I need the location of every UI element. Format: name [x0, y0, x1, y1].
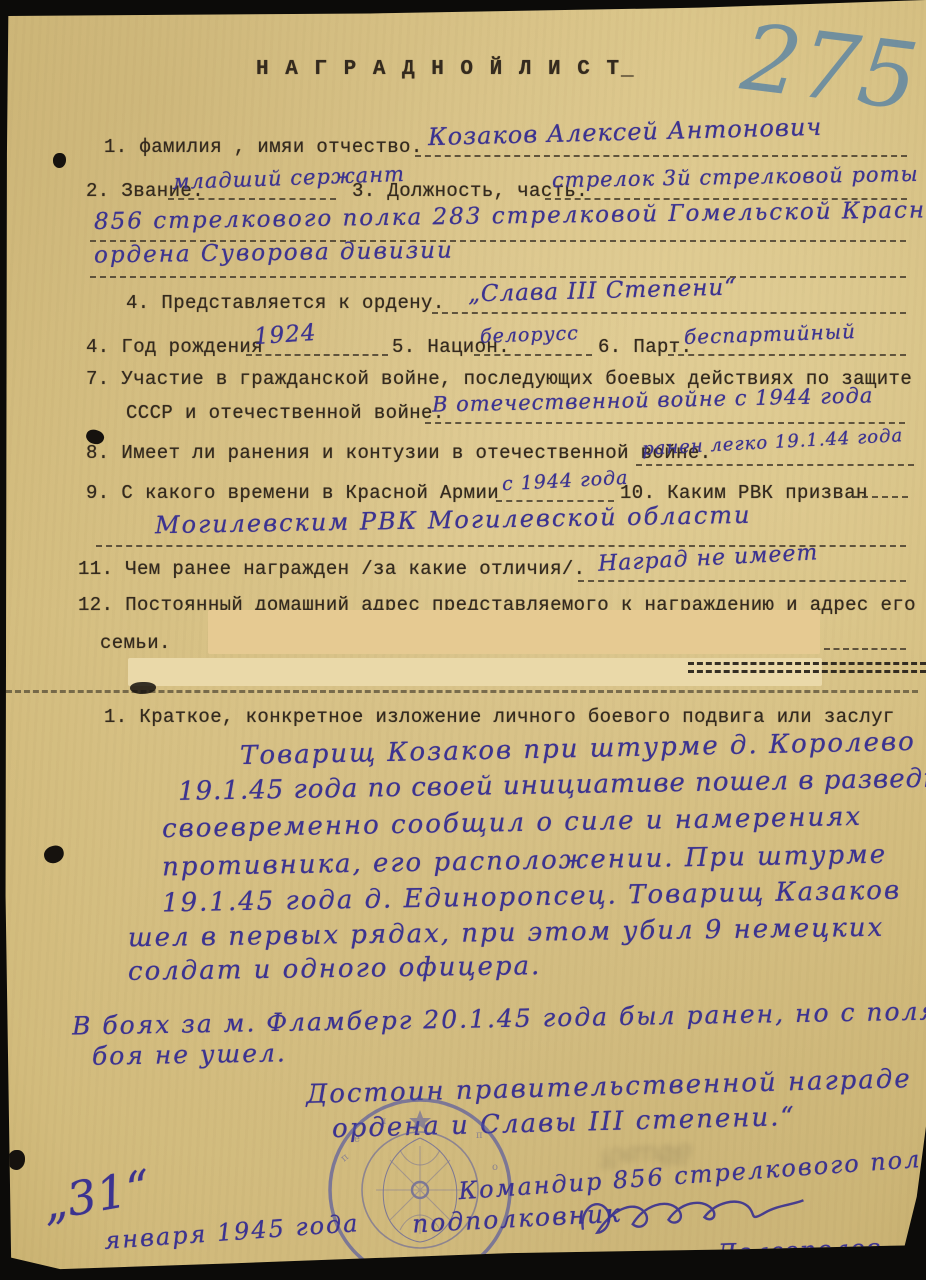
field-nationality-value: белорусс	[480, 322, 580, 347]
field-address-label-2: семьи.	[100, 632, 171, 654]
commander-signature	[578, 1182, 808, 1242]
dashed-underline	[668, 354, 906, 356]
exploit-line: шел в первых рядах, при этом убил 9 неме…	[128, 913, 885, 954]
field-war-label-2: СССР и отечественной войне.	[126, 402, 445, 424]
exploit-heading: 1. Краткое, конкретное изложение личного…	[104, 706, 895, 728]
dashed-underline	[90, 276, 906, 278]
svg-text:л: л	[380, 1116, 386, 1127]
dashed-underline	[824, 648, 906, 650]
ink-blot	[8, 1150, 25, 1170]
exploit-para2-line: В боях за м. Фламберг 20.1.45 года был р…	[72, 996, 926, 1040]
field-birth-year-label: 4. Год рождения	[86, 336, 263, 358]
commander-name: Долгополов	[716, 1233, 883, 1268]
exploit-line: 19.1.45 года д. Единоропсец. Товарищ Каз…	[162, 876, 902, 919]
archive-page-number: 275	[736, 4, 923, 132]
ink-blot	[53, 153, 66, 168]
field-name-value: Козаков Алексей Антонович	[428, 113, 823, 151]
dashed-underline	[425, 422, 905, 424]
field-position-value-1: стрелок 3й стрелковой роты	[552, 162, 919, 192]
dashed-underline	[415, 155, 907, 157]
svg-text:е: е	[354, 1134, 360, 1145]
dashed-underline	[246, 354, 388, 356]
date-day: „31“	[38, 1159, 156, 1231]
svg-text:о: о	[492, 1162, 498, 1173]
field-birth-year-value: 1924	[253, 320, 317, 350]
dashed-underline	[852, 496, 908, 498]
dashed-underline	[432, 312, 906, 314]
ink-blot	[42, 844, 66, 866]
separator-dash	[688, 670, 926, 673]
redaction-box	[208, 610, 820, 654]
field-party-value: беспартийный	[684, 319, 857, 349]
document-title: Н А Г Р А Д Н О Й Л И С Т_	[256, 58, 636, 81]
scanned-award-sheet: Н А Г Р А Д Н О Й Л И С Т_ 275 1. фамили…	[0, 0, 926, 1280]
dashed-underline	[578, 580, 906, 582]
field-drafted-value: Могилевским РВК Могилевской области	[155, 501, 752, 539]
exploit-line: солдат и одного офицера.	[128, 951, 542, 987]
date-rest: января 1945 года	[103, 1209, 360, 1255]
field-order-label: 4. Представляется к ордену.	[126, 292, 445, 314]
svg-text:п: п	[476, 1130, 483, 1141]
field-awards-label: 11. Чем ранее награжден /за какие отличи…	[78, 558, 585, 580]
field-service-label: 9. С какого времени в Красной Армии	[86, 482, 499, 504]
dashed-underline	[474, 354, 592, 356]
exploit-line: своевременно сообщил о силе и намерениях	[162, 802, 863, 844]
separator-dash	[688, 662, 926, 665]
svg-text:п: п	[339, 1151, 351, 1164]
dashed-underline	[496, 500, 614, 502]
field-position-value-3: ордена Суворова дивизии	[94, 237, 454, 268]
paper-sheet: Н А Г Р А Д Н О Й Л И С Т_ 275 1. фамили…	[0, 0, 926, 1280]
dashed-underline	[168, 198, 336, 200]
field-order-value: „Слава III Степени“	[468, 274, 738, 307]
field-service-value: с 1944 года	[502, 467, 629, 496]
dashed-underline	[636, 464, 914, 466]
exploit-line: Товарищ Козаков при штурме д. Королево	[240, 727, 916, 771]
exploit-para2-line: боя не ушел.	[92, 1038, 287, 1070]
field-wounds-value: ранен легко 19.1.44 года	[642, 425, 904, 460]
exploit-line: противника, его расположении. При штурме	[162, 840, 888, 883]
field-name-label: 1. фамилия , имяи отчество.	[104, 136, 423, 158]
field-wounds-label: 8. Имеет ли ранения и контузии в отечест…	[86, 442, 712, 464]
